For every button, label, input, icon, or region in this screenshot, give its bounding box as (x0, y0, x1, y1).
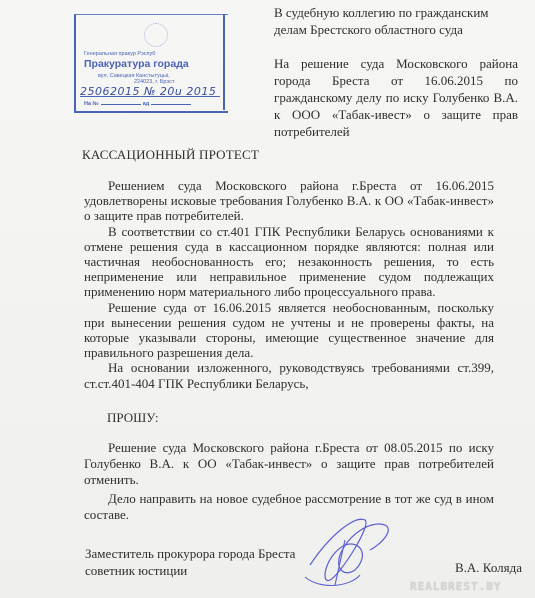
request-block: Решение суда Московского района г.Бреста… (84, 440, 494, 526)
site-watermark: REALBREST.BY (410, 580, 501, 593)
paragraph: На основании изложенного, руководствуясь… (84, 360, 494, 390)
signatory-position: Заместитель прокурора города Бреста сове… (85, 545, 295, 579)
signatory-title: Заместитель прокурора города Бреста (85, 545, 295, 562)
request-item: Решение суда Московского района г.Бреста… (84, 440, 494, 488)
incoming-registration-stamp: Генеральная пракур Рэспуб Пракуратура го… (74, 14, 228, 113)
protest-subject: На решение суда Московского района город… (274, 55, 518, 140)
request-item: Дело направить на новое судебное рассмот… (84, 491, 494, 523)
stamp-border (223, 14, 225, 110)
document-body: Решением суда Московского района г.Брест… (84, 178, 494, 391)
stamp-reference-row: На №ад (84, 101, 193, 107)
document-page: Генеральная пракур Рэспуб Пракуратура го… (0, 0, 535, 598)
stamp-office-name: Пракуратура горада (84, 58, 189, 70)
signatory-name: В.А. Коляда (455, 560, 522, 576)
stamp-line-1: Генеральная пракур Рэспуб (84, 51, 155, 57)
paragraph: В соответствии со ст.401 ГПК Республики … (84, 224, 494, 300)
paragraph: Решением суда Московского района г.Брест… (84, 178, 494, 224)
stamp-ref-label: На № (84, 101, 99, 107)
paragraph: Решение суда от 16.06.2015 является необ… (84, 300, 494, 361)
addressee-court-line-2: делам Брестского областного суда (274, 21, 518, 38)
stamp-ref-mid: ад (143, 101, 150, 107)
document-title: КАССАЦИОННЫЙ ПРОТЕСТ (82, 147, 259, 163)
handwritten-signature (300, 515, 400, 587)
addressee-block: В судебную коллегию по гражданским делам… (274, 4, 518, 140)
stamp-underline (80, 96, 220, 97)
request-heading: ПРОШУ: (107, 410, 159, 426)
addressee-court-line-1: В судебную коллегию по гражданским (274, 4, 518, 21)
signatory-rank: советник юстиции (85, 562, 295, 579)
emblem-icon (144, 23, 168, 47)
